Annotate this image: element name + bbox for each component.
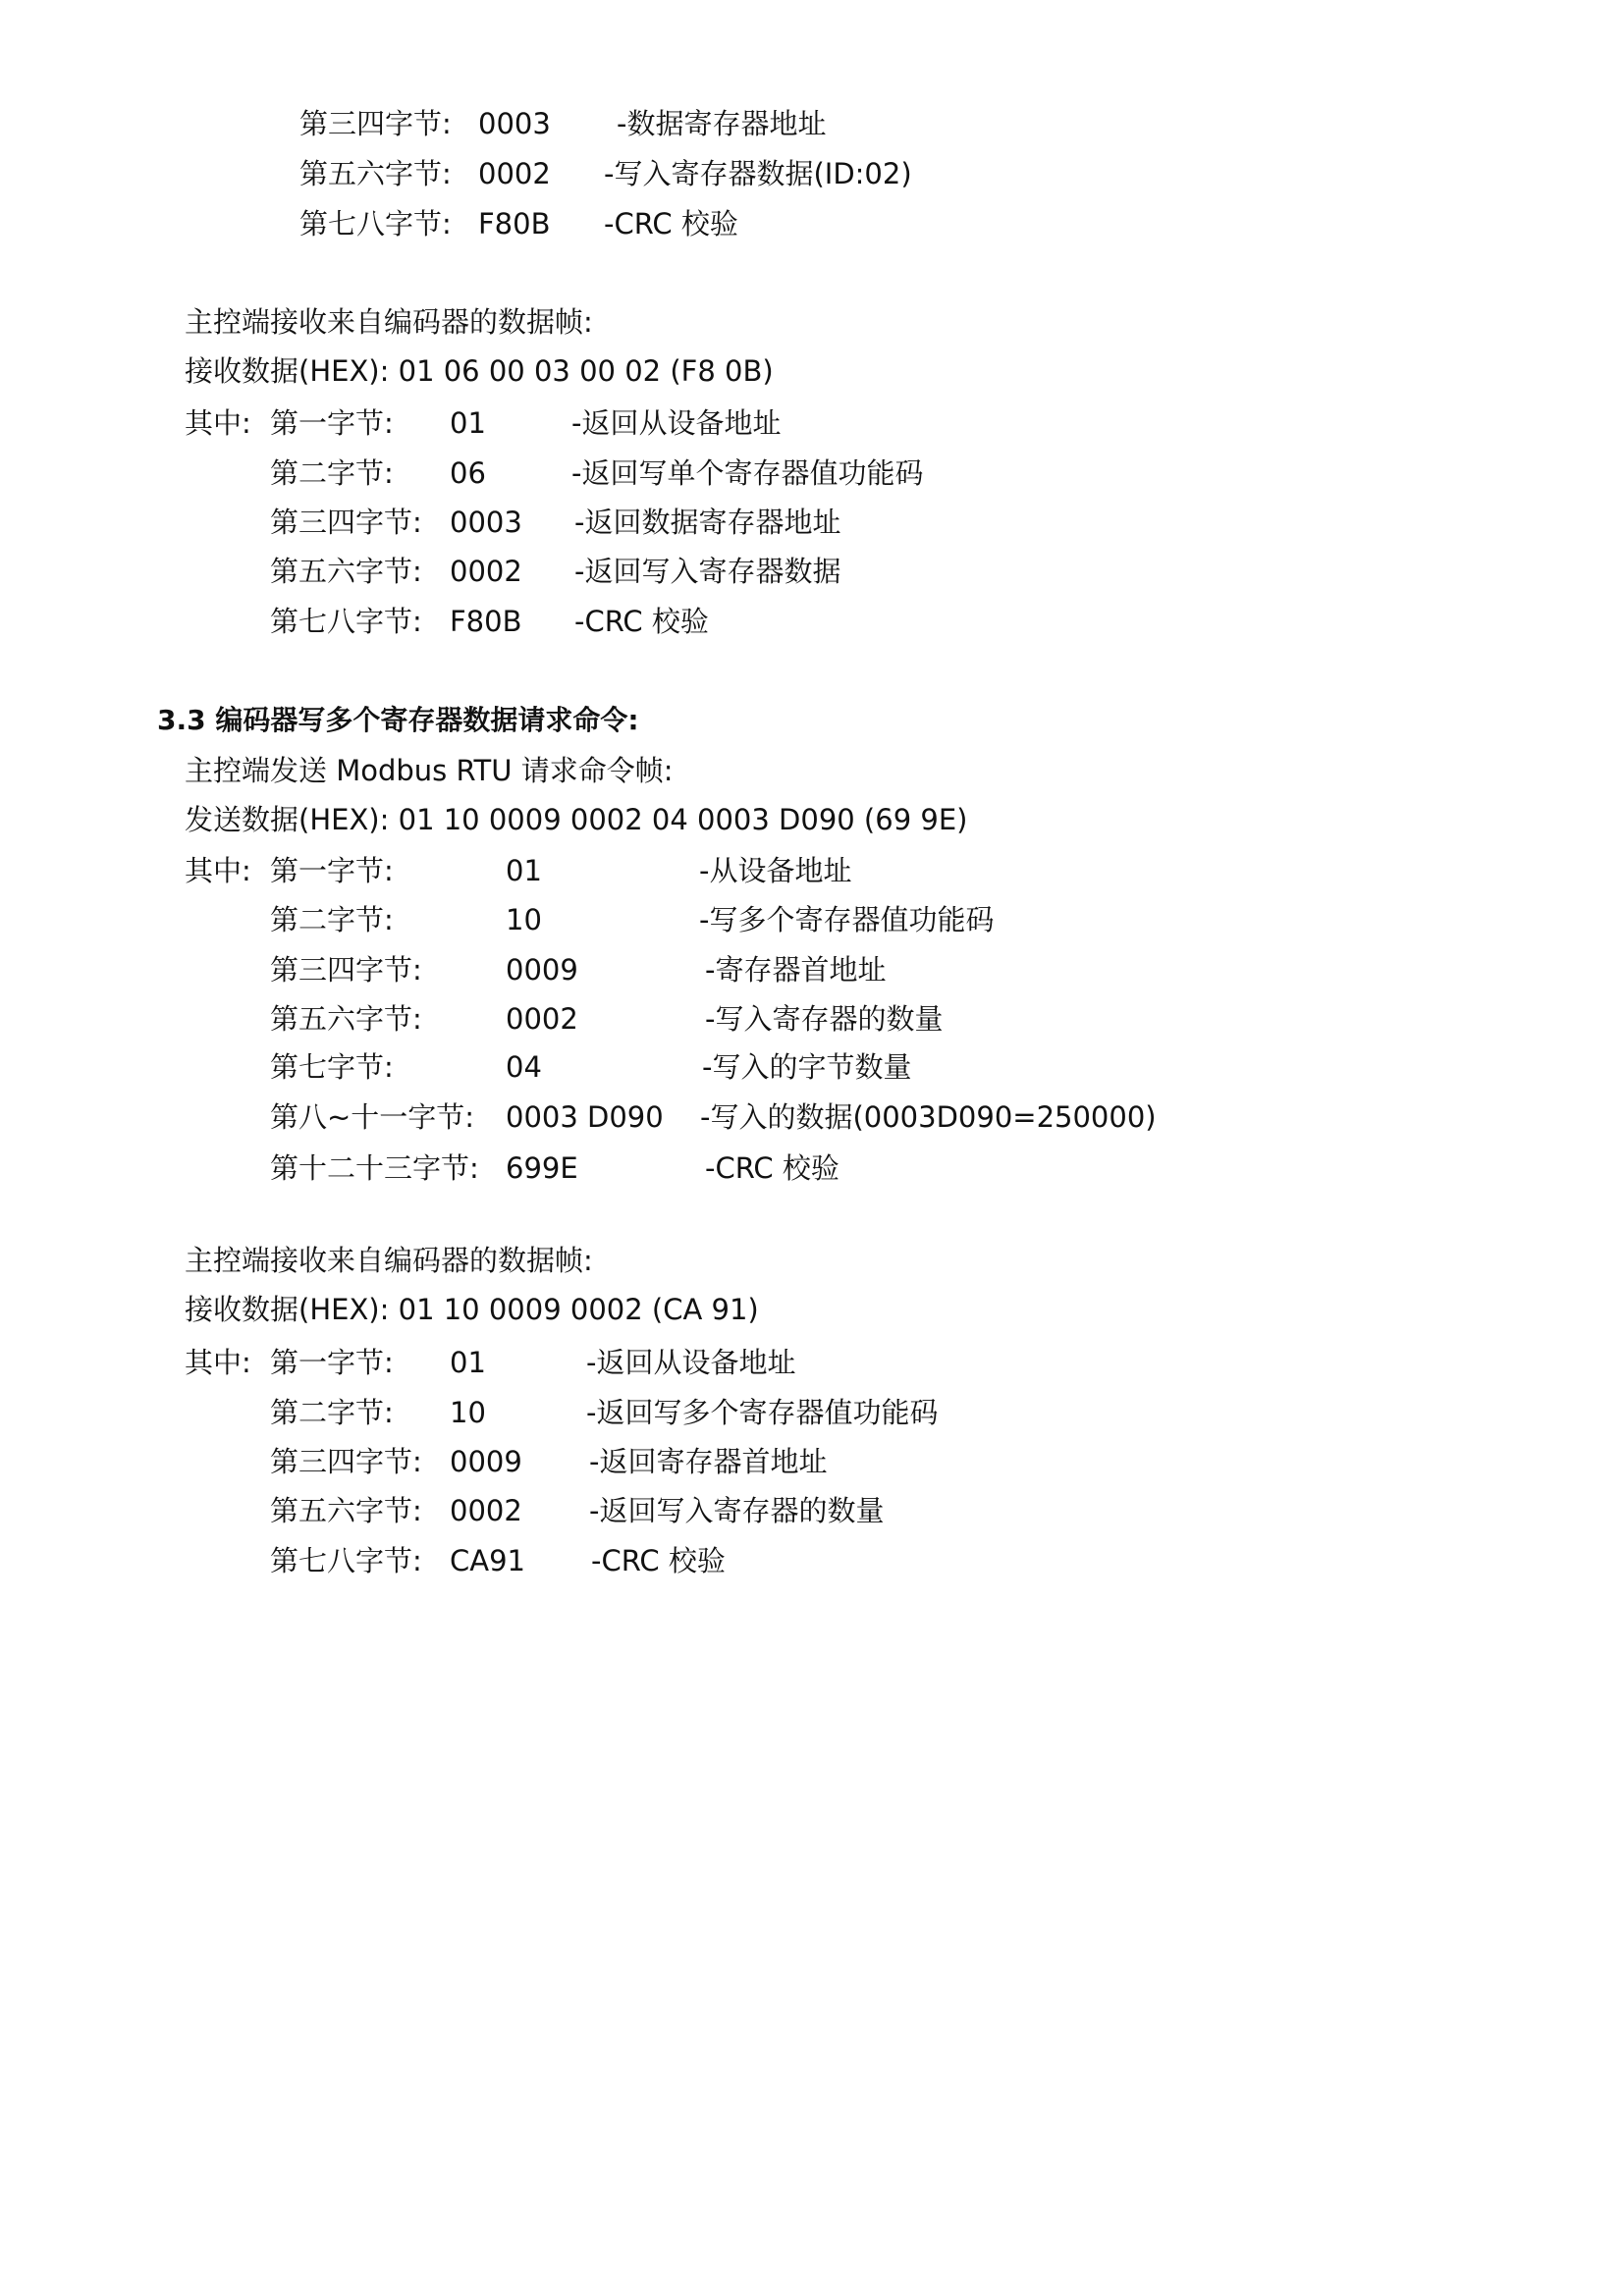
receive-data-line: 接收数据(HEX): 01 06 00 03 00 02 (F8 0B): [185, 353, 774, 389]
row-label: 第七字节:: [270, 1049, 394, 1085]
row-label: 第三四字节:: [270, 952, 422, 988]
row-label: 第七八字节:: [270, 604, 422, 639]
row-label: 第二字节:: [270, 455, 394, 491]
row-value: 06: [450, 455, 486, 491]
row-desc: -CRC 校验: [705, 1150, 839, 1186]
row-desc: -写多个寄存器值功能码: [699, 902, 994, 937]
row-label: 第五六字节:: [270, 1001, 422, 1037]
row-desc: -写入寄存器数据(ID:02): [604, 156, 912, 191]
row-value: 0002: [478, 156, 551, 191]
row-label: 第八~十一字节:: [270, 1099, 474, 1135]
row-value: 0002: [450, 1493, 522, 1528]
receive-title: 主控端接收来自编码器的数据帧:: [185, 1243, 593, 1278]
row-desc: -返回写入寄存器数据: [574, 554, 840, 589]
row-label: 第五六字节:: [270, 1493, 422, 1528]
row-desc: -CRC 校验: [574, 604, 709, 639]
receive-data-line: 接收数据(HEX): 01 10 0009 0002 (CA 91): [185, 1292, 759, 1327]
row-label: 第二字节:: [270, 1395, 394, 1430]
row-desc: -返回写入寄存器的数量: [589, 1493, 884, 1528]
row-desc: -返回从设备地址: [571, 405, 781, 441]
row-value: 01: [450, 1345, 486, 1380]
row-desc: -CRC 校验: [591, 1543, 726, 1578]
send-title: 主控端发送 Modbus RTU 请求命令帧:: [185, 753, 673, 788]
row-value: 04: [506, 1049, 542, 1085]
row-desc: -写入的字节数量: [702, 1049, 911, 1085]
row-label: 第一字节:: [270, 1345, 394, 1380]
row-value: F80B: [478, 206, 550, 241]
row-value: CA91: [450, 1543, 525, 1578]
row-value: 0003 D090: [506, 1099, 664, 1135]
row-label: 第十二十三字节:: [270, 1150, 479, 1186]
row-label: 第七八字节:: [270, 1543, 422, 1578]
row-label: 第二字节:: [270, 902, 394, 937]
row-label: 第三四字节:: [299, 106, 452, 141]
row-value: 699E: [506, 1150, 578, 1186]
row-desc: -从设备地址: [699, 853, 851, 888]
send-data-line: 发送数据(HEX): 01 10 0009 0002 04 0003 D090 …: [185, 802, 967, 837]
row-label: 第五六字节:: [270, 554, 422, 589]
row-desc: -返回从设备地址: [586, 1345, 795, 1380]
row-label: 第三四字节:: [270, 505, 422, 540]
row-label: 第七八字节:: [299, 206, 452, 241]
row-desc: -返回写单个寄存器值功能码: [571, 455, 923, 491]
prefix-label: 其中:: [185, 1345, 251, 1380]
row-desc: -写入寄存器的数量: [705, 1001, 943, 1037]
section-heading: 3.3 编码器写多个寄存器数据请求命令:: [157, 703, 639, 738]
receive-title: 主控端接收来自编码器的数据帧:: [185, 304, 593, 340]
row-desc: -寄存器首地址: [705, 952, 886, 988]
row-value: 10: [506, 902, 542, 937]
row-value: 0003: [450, 505, 522, 540]
row-value: 10: [450, 1395, 486, 1430]
row-value: 0009: [506, 952, 578, 988]
row-desc: -CRC 校验: [604, 206, 738, 241]
prefix-label: 其中:: [185, 853, 251, 888]
row-label: 第五六字节:: [299, 156, 452, 191]
prefix-label: 其中:: [185, 405, 251, 441]
row-desc: -返回数据寄存器地址: [574, 505, 840, 540]
row-desc: -数据寄存器地址: [617, 106, 826, 141]
row-value: 0003: [478, 106, 551, 141]
row-value: 01: [450, 405, 486, 441]
row-label: 第一字节:: [270, 853, 394, 888]
row-value: 0002: [450, 554, 522, 589]
row-desc: -写入的数据(0003D090=250000): [700, 1099, 1157, 1135]
row-desc: -返回寄存器首地址: [589, 1444, 827, 1479]
row-value: 0002: [506, 1001, 578, 1037]
row-desc: -返回写多个寄存器值功能码: [586, 1395, 938, 1430]
row-value: F80B: [450, 604, 521, 639]
row-label: 第三四字节:: [270, 1444, 422, 1479]
row-label: 第一字节:: [270, 405, 394, 441]
row-value: 01: [506, 853, 542, 888]
row-value: 0009: [450, 1444, 522, 1479]
